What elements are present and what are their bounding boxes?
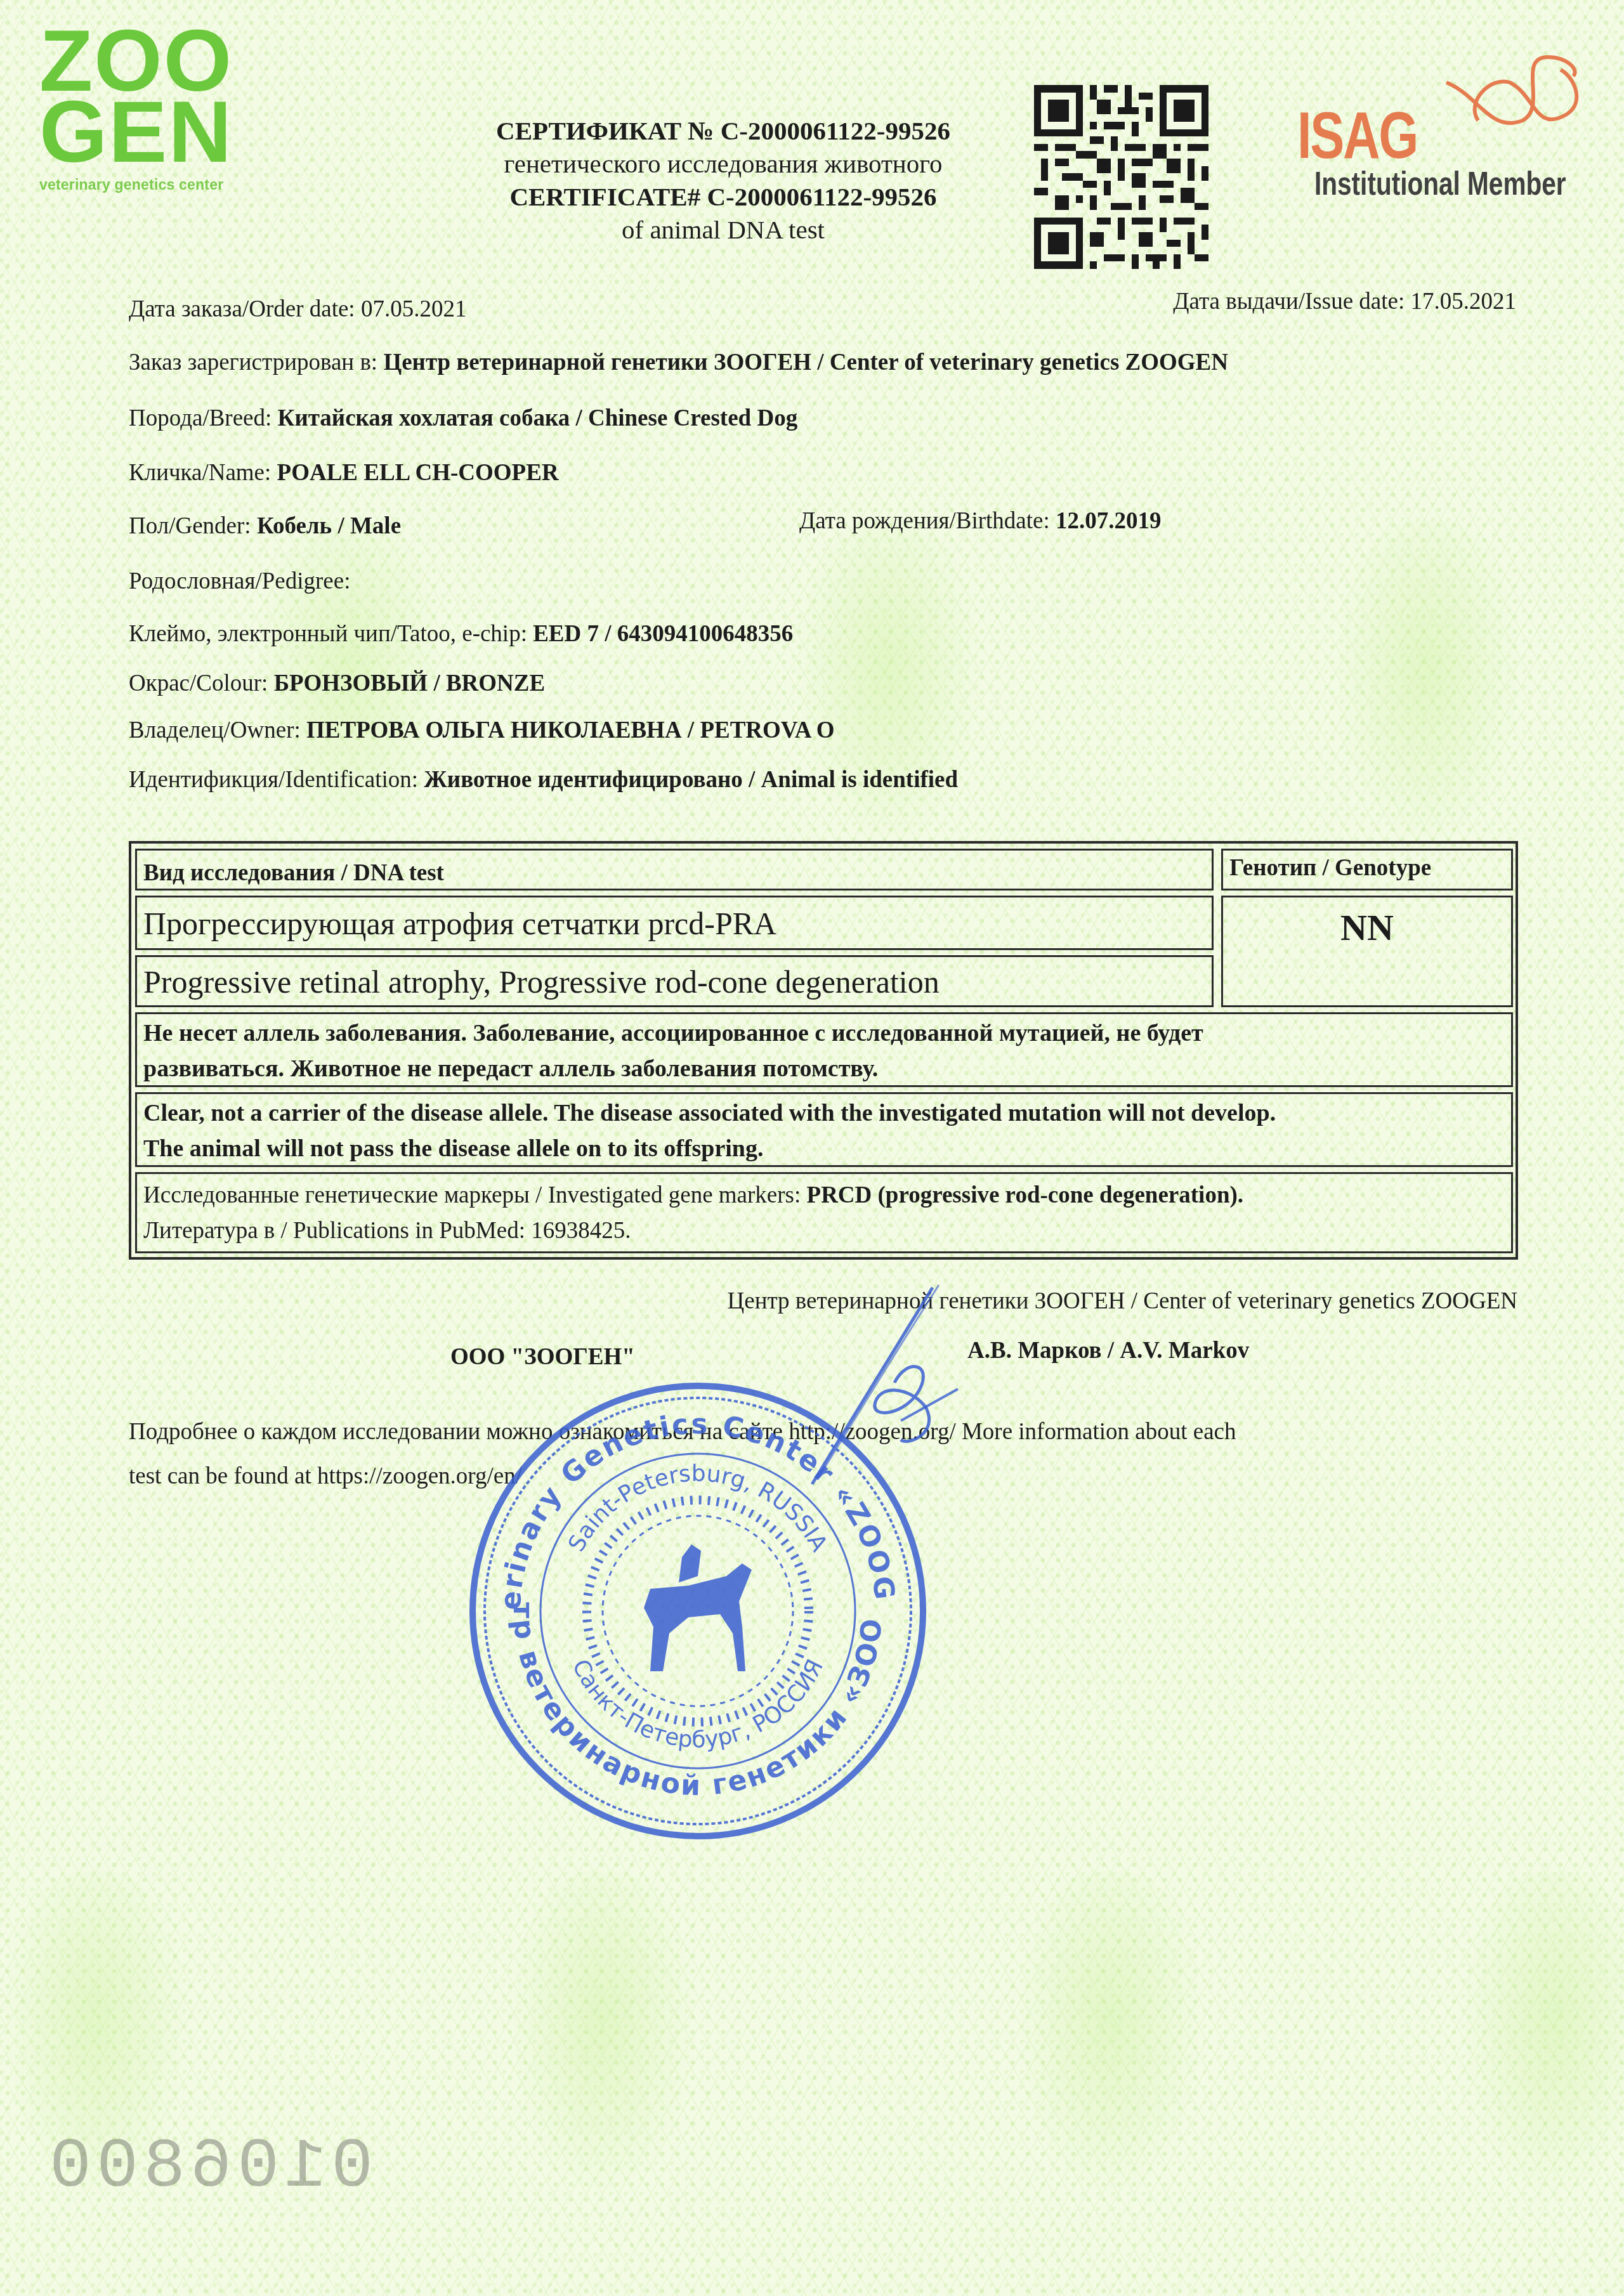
qr-code-icon bbox=[1034, 85, 1208, 269]
table-test-ru: Прогрессирующая атрофия сетчатки prcd-PR… bbox=[135, 896, 1214, 950]
field-owner: Владелец/Owner: ПЕТРОВА ОЛЬГА НИКОЛАЕВНА… bbox=[129, 717, 835, 744]
order-date: Дата заказа/Order date: 07.05.2021 bbox=[129, 296, 466, 323]
field-label: Владелец/Owner: bbox=[129, 717, 301, 743]
isag-membership: Institutional Member bbox=[1314, 165, 1566, 203]
field-value: Животное идентифицировано / Animal is id… bbox=[424, 767, 958, 793]
footer-signatory: А.В. Марков / A.V. Markov bbox=[967, 1337, 1249, 1364]
field-chip: Клеймо, электронный чип/Tatoo, e-chip: E… bbox=[129, 620, 793, 648]
test-name-ru: Прогрессирующая атрофия сетчатки prcd-PR… bbox=[143, 905, 776, 942]
field-label: Родословная/Pedigree: bbox=[129, 568, 350, 594]
field-label: Клеймо, электронный чип/Tatoo, e-chip: bbox=[129, 621, 527, 647]
dna-helix-icon bbox=[1440, 44, 1592, 140]
watermark-horse bbox=[1015, 1871, 1205, 2201]
markers-line: Исследованные генетические маркеры / Inv… bbox=[143, 1178, 1243, 1213]
certificate-title: СЕРТИФИКАТ № С-2000061122-99526 генетиче… bbox=[406, 114, 1040, 246]
zoogen-logo: ZOO GEN veterinary genetics center bbox=[39, 25, 255, 193]
table-markers: Исследованные генетические маркеры / Inv… bbox=[135, 1172, 1513, 1253]
markers-value: PRCD (progressive rod-cone degeneration)… bbox=[807, 1182, 1244, 1208]
serial-bleed-through: 0106800 bbox=[44, 2128, 373, 2207]
field-colour: Окрас/Colour: БРОНЗОВЫЙ / BRONZE bbox=[129, 670, 545, 697]
field-birthdate: Дата рождения/Birthdate: 12.07.2019 bbox=[799, 507, 1162, 535]
field-label: Окрас/Colour: bbox=[129, 670, 268, 696]
markers-label: Исследованные генетические маркеры / Inv… bbox=[143, 1182, 801, 1208]
watermark-horse bbox=[1332, 520, 1522, 850]
field-value: 12.07.2019 bbox=[1056, 508, 1162, 534]
test-name-en: Progressive retinal atrophy, Progressive… bbox=[143, 963, 940, 1000]
table-genotype-cell: NN bbox=[1221, 896, 1513, 1007]
issue-date: Дата выдачи/Issue date: 17.05.2021 bbox=[1173, 288, 1516, 315]
field-pedigree: Родословная/Pedigree: bbox=[129, 568, 350, 595]
dna-test-table: Вид исследования / DNA test Генотип / Ge… bbox=[129, 841, 1518, 1260]
table-header-genotype: Генотип / Genotype bbox=[1221, 849, 1513, 890]
header-test-label: Вид исследования / DNA test bbox=[143, 859, 444, 887]
isag-name: ISAG bbox=[1297, 98, 1417, 174]
field-breed: Порода/Breed: Китайская хохлатая собака … bbox=[129, 405, 797, 432]
field-label: Порода/Breed: bbox=[129, 405, 272, 431]
footer-company: ООО "ЗООГЕН" bbox=[450, 1343, 635, 1371]
watermark-horse bbox=[793, 520, 983, 850]
field-value: Центр ветеринарной генетики ЗООГЕН / Cen… bbox=[383, 349, 1228, 375]
field-label: Пол/Gender: bbox=[129, 513, 251, 539]
publications-line: Литература в / Publications in PubMed: 1… bbox=[143, 1213, 631, 1249]
title-en-heading: CERTIFICATE# C-2000061122-99526 bbox=[406, 180, 1040, 213]
svg-text:Saint-Petersburg, RUSSIA: Saint-Petersburg, RUSSIA bbox=[563, 1461, 832, 1556]
table-header-test: Вид исследования / DNA test bbox=[135, 849, 1214, 890]
field-label: Идентификция/Identification: bbox=[129, 767, 418, 793]
title-ru-heading: СЕРТИФИКАТ № С-2000061122-99526 bbox=[406, 114, 1040, 147]
genotype-value: NN bbox=[1223, 906, 1511, 949]
official-stamp: Veterinary Genetics Center «ZOOGEN» Цент… bbox=[460, 1373, 936, 1849]
watermark-horse bbox=[1459, 1871, 1624, 2201]
logo-line-2: GEN bbox=[39, 96, 255, 167]
field-gender: Пол/Gender: Кобель / Male bbox=[129, 512, 401, 540]
issue-date-value: 17.05.2021 bbox=[1411, 289, 1517, 315]
result-en-line-2: The animal will not pass the disease all… bbox=[143, 1131, 764, 1166]
field-value: Китайская хохлатая собака / Chinese Cres… bbox=[278, 405, 798, 431]
table-result-en: Clear, not a carrier of the disease alle… bbox=[135, 1092, 1513, 1167]
field-label: Дата рождения/Birthdate: bbox=[799, 508, 1050, 534]
field-value: EED 7 / 643094100648356 bbox=[533, 621, 793, 647]
issue-date-label: Дата выдачи/Issue date: bbox=[1173, 289, 1405, 315]
field-name: Кличка/Name: POALE ELL CH-COOPER bbox=[129, 459, 559, 486]
logo-tagline: veterinary genetics center bbox=[39, 176, 255, 193]
field-value: ПЕТРОВА ОЛЬГА НИКОЛАЕВНА / PETROVA O bbox=[306, 717, 835, 743]
table-result-ru: Не несет аллель заболевания. Заболевание… bbox=[135, 1012, 1513, 1087]
field-label: Заказ зарегистрирован в: bbox=[129, 349, 377, 375]
result-en-line-1: Clear, not a carrier of the disease alle… bbox=[143, 1095, 1276, 1131]
watermark-horse bbox=[507, 1871, 698, 2201]
header-genotype-label: Генотип / Genotype bbox=[1229, 854, 1431, 882]
field-label: Кличка/Name: bbox=[129, 460, 271, 486]
isag-logo: ISAG Institutional Member bbox=[1294, 44, 1599, 209]
title-ru-subheading: генетического исследования животного bbox=[406, 147, 1040, 180]
field-value: БРОНЗОВЫЙ / BRONZE bbox=[274, 670, 546, 696]
field-value: Кобель / Male bbox=[257, 513, 401, 539]
result-ru-line-2: развиваться. Животное не передаст аллель… bbox=[143, 1051, 878, 1086]
order-date-label: Дата заказа/Order date: bbox=[129, 296, 355, 322]
order-date-value: 07.05.2021 bbox=[361, 296, 467, 322]
table-test-en: Progressive retinal atrophy, Progressive… bbox=[135, 955, 1214, 1007]
result-ru-line-1: Не несет аллель заболевания. Заболевание… bbox=[143, 1015, 1203, 1051]
field-value: POALE ELL CH-COOPER bbox=[277, 460, 559, 486]
field-registered: Заказ зарегистрирован в: Центр ветеринар… bbox=[129, 349, 1228, 376]
field-identification: Идентификция/Identification: Животное ид… bbox=[129, 766, 958, 793]
title-en-subheading: of animal DNA test bbox=[406, 213, 1040, 246]
